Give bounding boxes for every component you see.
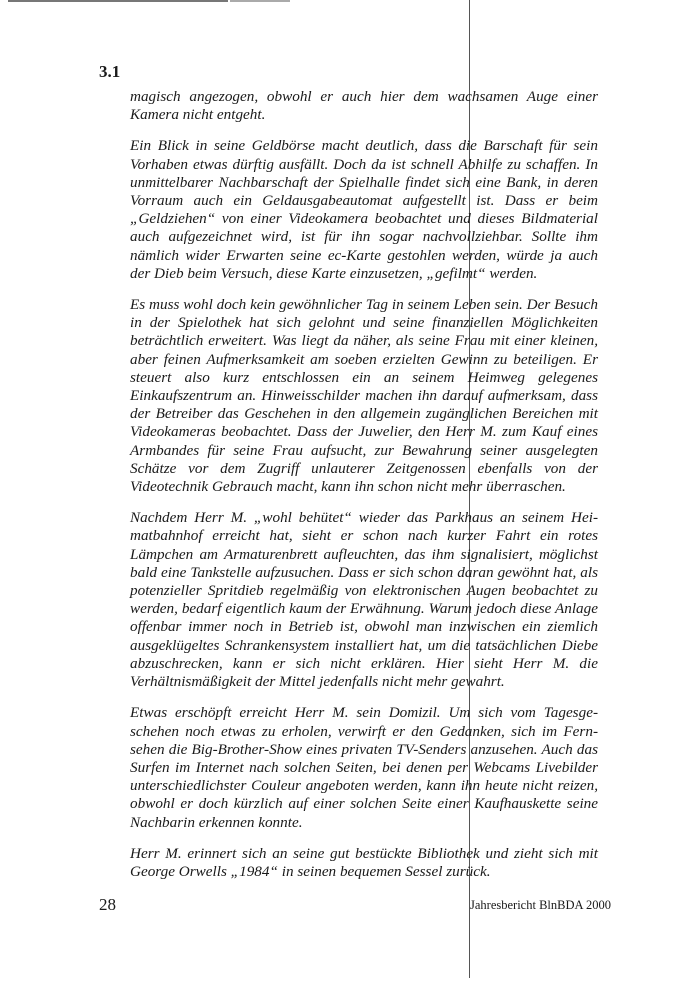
paragraph: Nachdem Herr M. „wohl behütet“ wieder da… <box>130 509 598 691</box>
paragraph: magisch angezogen, obwohl er auch hier d… <box>130 88 598 124</box>
top-edge-rule-fragment <box>230 0 290 2</box>
body-text: magisch angezogen, obwohl er auch hier d… <box>130 88 598 894</box>
paragraph: Es muss wohl doch kein gewöhnlicher Tag … <box>130 296 598 496</box>
section-number: 3.1 <box>99 62 120 82</box>
paragraph: Ein Blick in seine Geldbörse macht deutl… <box>130 137 598 283</box>
page-number: 28 <box>99 895 116 915</box>
paragraph: Etwas erschöpft erreicht Herr M. sein Do… <box>130 704 598 831</box>
top-edge-rule <box>8 0 228 2</box>
footer-publication-title: Jahresbericht BlnBDA 2000 <box>470 898 611 913</box>
paragraph: Herr M. erinnert sich an seine gut bestü… <box>130 845 598 881</box>
